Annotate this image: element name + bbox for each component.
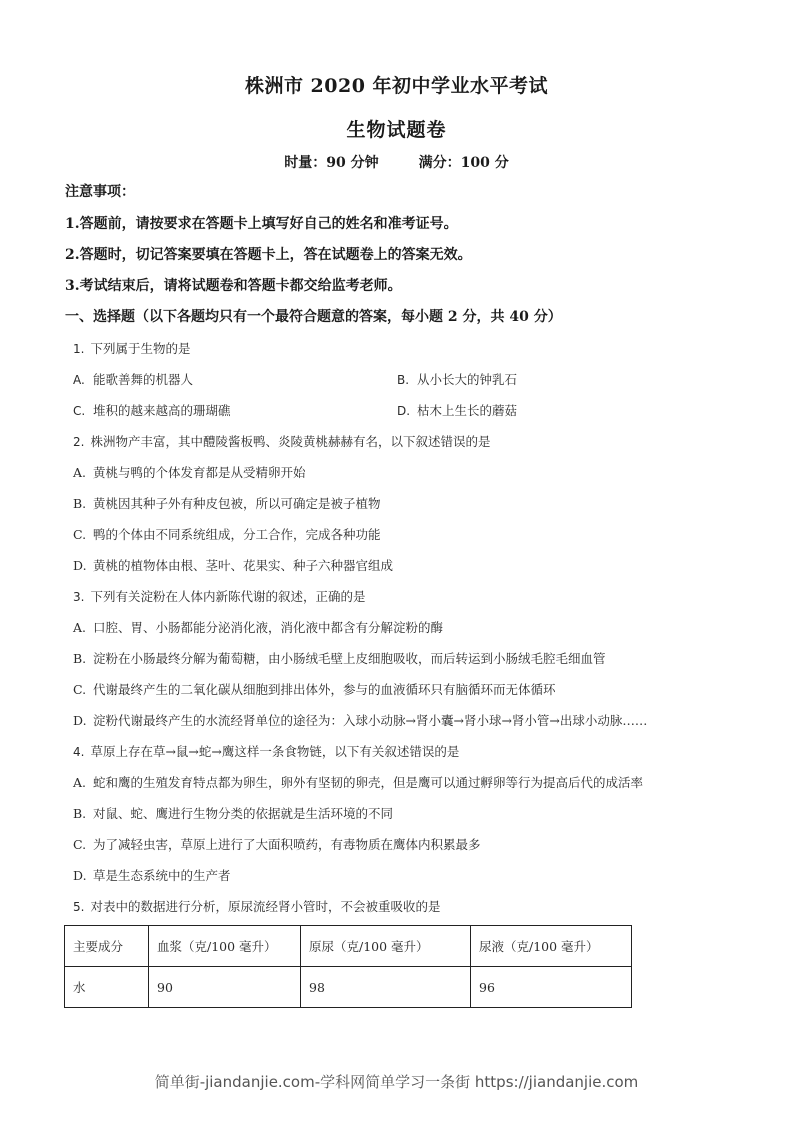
option-label: C.	[73, 837, 93, 852]
option-text: 代谢最终产生的二氧化碳从细胞到排出体外，参与的血液循环只有脑循环而无体循环	[93, 682, 556, 697]
option-label: D.	[73, 558, 93, 573]
question-2: 2.株洲物产丰富，其中醴陵酱板鸭、炎陵黄桃赫赫有名，以下叙述错误的是	[73, 432, 490, 450]
q4-option-a: A.蛇和鹰的生殖发育特点都为卵生，卵外有坚韧的卵壳，但是鹰可以通过孵卵等行为提高…	[73, 773, 643, 791]
q4-option-c: C.为了减轻虫害，草原上进行了大面积喷药，有毒物质在鹰体内积累最多	[73, 835, 481, 853]
option-label: B.	[73, 806, 93, 821]
question-stem: 株洲物产丰富，其中醴陵酱板鸭、炎陵黄桃赫赫有名，以下叙述错误的是	[90, 434, 490, 449]
notice-heading: 注意事项：	[65, 181, 135, 201]
option-text: 淀粉代谢最终产生的水流经肾单位的途径为：入球小动脉→肾小囊→肾小球→肾小管→出球…	[93, 713, 647, 728]
question-stem: 草原上存在草→鼠→蛇→鹰这样一条食物链，以下有关叙述错误的是	[90, 744, 459, 759]
option-text: 堆积的越来越高的珊瑚礁	[93, 403, 231, 418]
question-stem: 下列属于生物的是	[90, 341, 190, 356]
full-score: 满分：100 分	[419, 152, 509, 172]
option-label: D.	[73, 713, 93, 728]
question-number: 2.	[73, 435, 84, 449]
option-text: 草是生态系统中的生产者	[93, 868, 231, 883]
q3-option-b: B.淀粉在小肠最终分解为葡萄糖，由小肠绒毛壁上皮细胞吸收，而后转运到小肠绒毛腔毛…	[73, 649, 606, 667]
option-label: A.	[73, 465, 93, 480]
q4-option-d: D.草是生态系统中的生产者	[73, 866, 231, 884]
question-stem: 对表中的数据进行分析，原尿流经肾小管时，不会被重吸收的是	[90, 899, 440, 914]
q1-option-c: C.堆积的越来越高的珊瑚礁	[73, 401, 231, 419]
option-text: 淀粉在小肠最终分解为葡萄糖，由小肠绒毛壁上皮细胞吸收，而后转运到小肠绒毛腔毛细血…	[93, 651, 606, 666]
option-label: B.	[73, 651, 93, 666]
q1-option-a: A.能歌善舞的机器人	[73, 370, 193, 388]
option-label: A.	[73, 373, 93, 387]
question-number: 3.	[73, 590, 84, 604]
table-header-row: 主要成分 血浆（克/100 毫升） 原尿（克/100 毫升） 尿液（克/100 …	[65, 926, 632, 967]
notice-item-2: 2.答题时，切记答案要填在答题卡上，答在试题卷上的答案无效。	[65, 244, 472, 264]
footer-watermark: 简单街-jiandanjie.com-学科网简单学习一条街 https://ji…	[0, 1071, 793, 1092]
q1-option-b: B.从小长大的钟乳石	[397, 370, 517, 388]
question-1: 1.下列属于生物的是	[73, 339, 190, 357]
q3-option-d: D.淀粉代谢最终产生的水流经肾单位的途径为：入球小动脉→肾小囊→肾小球→肾小管→…	[73, 711, 647, 729]
table-header-cell: 原尿（克/100 毫升）	[301, 926, 471, 967]
option-text: 枯木上生长的蘑菇	[417, 403, 517, 418]
option-label: B.	[73, 496, 93, 511]
question-5: 5.对表中的数据进行分析，原尿流经肾小管时，不会被重吸收的是	[73, 897, 440, 915]
option-text: 能歌善舞的机器人	[93, 372, 193, 387]
question-number: 5.	[73, 900, 84, 914]
option-label: D.	[397, 404, 417, 418]
exam-meta: 时量：90 分钟满分：100 分	[0, 152, 793, 172]
section-heading: 一、选择题（以下各题均只有一个最符合题意的答案，每小题 2 分，共 40 分）	[65, 306, 562, 326]
q2-option-a: A.黄桃与鸭的个体发育都是从受精卵开始	[73, 463, 306, 481]
time-limit: 时量：90 分钟	[284, 152, 378, 172]
option-text: 黄桃与鸭的个体发育都是从受精卵开始	[93, 465, 306, 480]
notice-item-3: 3.考试结束后，请将试题卷和答题卡都交给监考老师。	[65, 275, 402, 295]
option-label: C.	[73, 527, 93, 542]
option-label: B.	[397, 373, 417, 387]
option-text: 口腔、胃、小肠都能分泌消化液，消化液中都含有分解淀粉的酶	[93, 620, 443, 635]
option-text: 黄桃因其种子外有种皮包被，所以可确定是被子植物	[93, 496, 381, 511]
table-header-cell: 尿液（克/100 毫升）	[471, 926, 632, 967]
option-text: 对鼠、蛇、鹰进行生物分类的依据就是生活环境的不同	[93, 806, 393, 821]
table-cell: 90	[149, 967, 301, 1008]
option-label: D.	[73, 868, 93, 883]
option-text: 从小长大的钟乳石	[417, 372, 517, 387]
option-label: A.	[73, 775, 93, 790]
table-cell: 水	[65, 967, 149, 1008]
option-text: 鸭的个体由不同系统组成，分工合作，完成各种功能	[93, 527, 381, 542]
exam-subtitle: 生物试题卷	[0, 115, 793, 142]
q1-option-d: D.枯木上生长的蘑菇	[397, 401, 517, 419]
table-cell: 96	[471, 967, 632, 1008]
q2-option-c: C.鸭的个体由不同系统组成，分工合作，完成各种功能	[73, 525, 381, 543]
q2-option-d: D.黄桃的植物体由根、茎叶、花果实、种子六种器官组成	[73, 556, 393, 574]
q3-option-a: A.口腔、胃、小肠都能分泌消化液，消化液中都含有分解淀粉的酶	[73, 618, 443, 636]
q2-option-b: B.黄桃因其种子外有种皮包被，所以可确定是被子植物	[73, 494, 381, 512]
question-number: 1.	[73, 342, 84, 356]
q3-option-c: C.代谢最终产生的二氧化碳从细胞到排出体外，参与的血液循环只有脑循环而无体循环	[73, 680, 556, 698]
table-cell: 98	[301, 967, 471, 1008]
exam-title: 株洲市 2020 年初中学业水平考试	[0, 71, 793, 98]
option-text: 为了减轻虫害，草原上进行了大面积喷药，有毒物质在鹰体内积累最多	[93, 837, 481, 852]
option-label: C.	[73, 682, 93, 697]
table-row: 水 90 98 96	[65, 967, 632, 1008]
option-label: A.	[73, 620, 93, 635]
question-4: 4.草原上存在草→鼠→蛇→鹰这样一条食物链，以下有关叙述错误的是	[73, 742, 459, 760]
composition-table: 主要成分 血浆（克/100 毫升） 原尿（克/100 毫升） 尿液（克/100 …	[64, 925, 632, 1008]
question-3: 3.下列有关淀粉在人体内新陈代谢的叙述，正确的是	[73, 587, 365, 605]
q4-option-b: B.对鼠、蛇、鹰进行生物分类的依据就是生活环境的不同	[73, 804, 393, 822]
option-label: C.	[73, 404, 93, 418]
option-text: 黄桃的植物体由根、茎叶、花果实、种子六种器官组成	[93, 558, 393, 573]
table-header-cell: 血浆（克/100 毫升）	[149, 926, 301, 967]
notice-item-1: 1.答题前，请按要求在答题卡上填写好自己的姓名和准考证号。	[65, 213, 458, 233]
option-text: 蛇和鹰的生殖发育特点都为卵生，卵外有坚韧的卵壳，但是鹰可以通过孵卵等行为提高后代…	[93, 775, 643, 790]
table-header-cell: 主要成分	[65, 926, 149, 967]
question-stem: 下列有关淀粉在人体内新陈代谢的叙述，正确的是	[90, 589, 365, 604]
question-number: 4.	[73, 745, 84, 759]
